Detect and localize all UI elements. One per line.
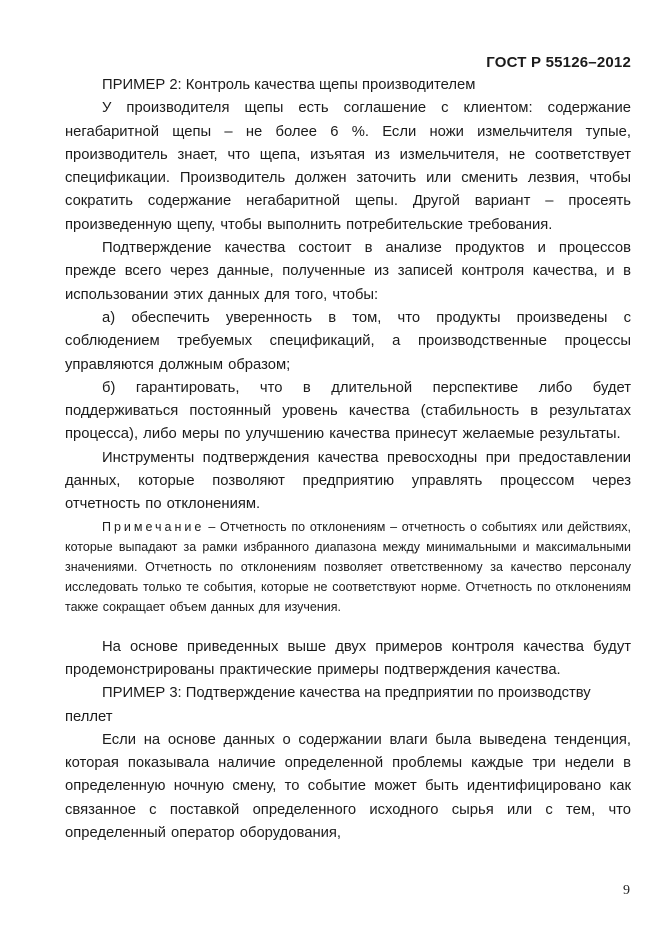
paragraph-two-examples-summary: На основе приведенных выше двух примеров… xyxy=(65,636,631,683)
note-label: Примечание xyxy=(102,520,204,534)
document-page: ГОСТ Р 55126–2012 ПРИМЕР 2: Контроль кач… xyxy=(0,0,661,936)
paragraph-quality-tools: Инструменты подтверждения качества прево… xyxy=(65,447,631,517)
paragraph-list-item-a: а) обеспечить уверенность в том, что про… xyxy=(65,307,631,377)
paragraph-list-item-b: б) гарантировать, что в длительной персп… xyxy=(65,377,631,447)
paragraph-example-2-title: ПРИМЕР 2: Контроль качества щепы произво… xyxy=(65,74,631,97)
paragraph-quality-confirmation-intro: Подтверждение качества состоит в анализе… xyxy=(65,237,631,307)
paragraph-example-3-title: ПРИМЕР 3: Подтверждение качества на пред… xyxy=(65,682,631,729)
standard-code-header: ГОСТ Р 55126–2012 xyxy=(65,53,631,72)
page-number: 9 xyxy=(623,883,630,899)
document-body: ГОСТ Р 55126–2012 ПРИМЕР 2: Контроль кач… xyxy=(65,53,631,845)
paragraph-moisture-trend: Если на основе данных о содержании влаги… xyxy=(65,729,631,845)
paragraph-chip-producer: У производителя щепы есть соглашение с к… xyxy=(65,97,631,237)
note-paragraph: Примечание– Отчетность по отклонениям – … xyxy=(65,517,631,617)
